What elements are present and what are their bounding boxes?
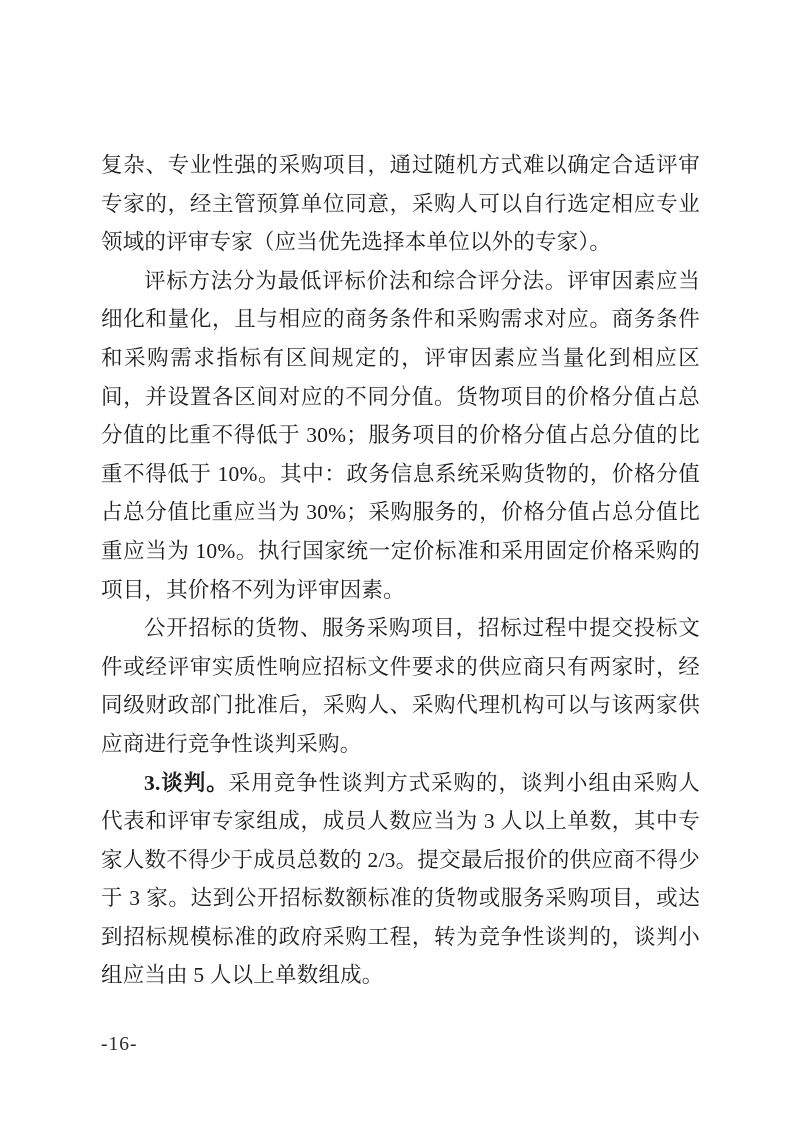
paragraph-negotiation-bold-lead: 3.谈判。	[144, 771, 229, 795]
page-number: -16-	[101, 1031, 138, 1059]
paragraph-open-tender: 公开招标的货物、服务采购项目，招标过程中提交投标文件或经评审实质性响应招标文件要…	[101, 609, 700, 763]
document-page: 复杂、专业性强的采购项目，通过随机方式难以确定合适评审专家的，经主管预算单位同意…	[0, 0, 793, 1122]
document-body: 复杂、专业性强的采购项目，通过随机方式难以确定合适评审专家的，经主管预算单位同意…	[101, 146, 700, 995]
paragraph-evaluation-methods: 评标方法分为最低评标价法和综合评分法。评审因素应当细化和量化，且与相应的商务条件…	[101, 262, 700, 609]
paragraph-continuation: 复杂、专业性强的采购项目，通过随机方式难以确定合适评审专家的，经主管预算单位同意…	[101, 146, 700, 262]
paragraph-negotiation: 3.谈判。采用竞争性谈判方式采购的，谈判小组由采购人代表和评审专家组成，成员人数…	[101, 764, 700, 996]
paragraph-negotiation-body: 采用竞争性谈判方式采购的，谈判小组由采购人代表和评审专家组成，成员人数应当为 3…	[101, 771, 700, 988]
